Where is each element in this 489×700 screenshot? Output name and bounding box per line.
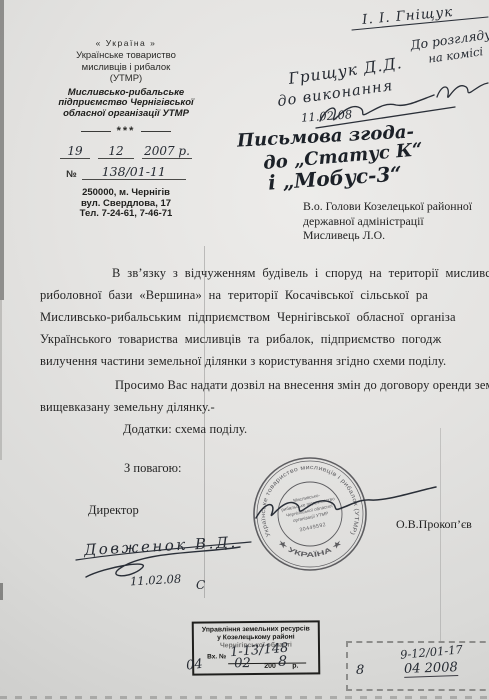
body-line: вилучення частини земельної ділянки з ко… [40,354,446,369]
separator-line [141,131,171,132]
corner-note-number-handwritten: 9-12/01-17 [400,642,464,661]
corner-note-date-handwritten: 04 2008 [404,660,458,678]
paper-crease [440,428,441,643]
scan-edge-artifact [0,696,489,699]
signoff-date-handwritten: 11.02.08 [130,572,182,589]
date-month-handwritten: 12 [98,144,134,159]
closing-phrase: З повагою: [124,461,182,476]
seal-code: 30449592 [299,522,327,534]
date-year-handwritten: 2007 р. [142,144,192,159]
body-line: Українського товариства мисливців та риб… [40,332,441,347]
incoming-year-handwritten: 8 [278,654,287,670]
corner-note-mark-handwritten: 8 [356,663,364,678]
letterhead-org-line: мисливців і рибалок [30,62,222,74]
attachments-line: Додатки: схема поділу. [123,422,247,437]
body-line: В зв’язку з відчуженням будівель і спору… [112,266,489,281]
addressee-line: В.о. Голови Козелецької районної [303,199,472,214]
scanned-letter-page: « Україна » Українське товариство мислив… [0,0,489,700]
letterhead-org-line: Українське товариство [30,50,222,62]
number-label: № [66,169,77,180]
seal-inner-text: Мисливсько- рибальське підприємство Черн… [279,490,340,537]
incoming-stamp-line: Управління земельних ресурсів [194,625,318,633]
separator-stars: *** [117,125,136,137]
incoming-reg-label: Вх. № [207,653,226,660]
body-line: Мисливсько-рибальським підприємством Чер… [40,310,456,325]
letterhead-enterprise-line: обласної організації УТМР [30,109,222,120]
seal-ring-bottom-text: ★ УКРАЇНА ★ [276,538,344,560]
body-line: Просимо Вас надати дозвіл на внесення зм… [115,378,489,393]
incoming-registration-stamp: Управління земельних ресурсів у Козелець… [192,620,321,675]
letterhead-number-line: № 138/01-11 [30,161,222,180]
date-day-handwritten: 19 [60,144,90,159]
round-seal: Українське товариство мисливців і рибало… [250,454,370,574]
letterhead-country: « Україна » [30,38,222,48]
right-signature-stroke [437,83,488,97]
letterhead-stamp: « Україна » Українське товариство мислив… [30,38,222,220]
scan-edge-artifact [0,0,4,300]
incoming-date-day-handwritten: 04 [185,657,203,674]
addressee-line: Мисливець Л.О. [303,228,472,243]
corner-registration-box: 9-12/01-17 8 04 2008 [346,641,489,691]
scan-edge-artifact [0,300,2,460]
executor-date-handwritten: 11.02.08 [301,107,353,125]
svg-text:★ УКРАЇНА ★: ★ УКРАЇНА ★ [276,538,344,560]
incoming-date-month-handwritten: 02 [234,656,251,671]
scan-edge-artifact [0,583,3,600]
countersign-name: О.В.Прокоп’єв [396,517,472,532]
letterhead-enterprise-line: підприємство Чернігівської [30,98,222,109]
separator-line [81,131,111,132]
director-title: Директор [88,503,139,518]
letterhead-separator: *** [30,125,222,137]
letterhead-address-line: Тел. 7-24-61, 7-46-71 [30,209,222,220]
resolution-signee-name: І. І. Гніщук [361,4,453,28]
addressee-line: державної адміністрації [303,214,472,229]
signoff-mark-handwritten: С [196,578,205,592]
letterhead-address-line: 250000, м. Чернігів [30,188,222,199]
number-value-handwritten: 138/01-11 [82,164,186,180]
body-line: риболовної бази «Вершина» на території К… [40,288,428,303]
letterhead-org-line: (УТМР) [30,73,222,85]
addressee-block: В.о. Голови Козелецької районної державн… [303,199,472,243]
incoming-year-suffix: р. [292,663,298,670]
incoming-year-printed: 200 [264,663,276,670]
letterhead-date-line: 19 12 2007 р. [30,141,222,159]
director-name-handwritten: Довженок В.Д. [84,533,239,559]
body-line: вищевказану земельну ділянку.- [40,400,215,415]
incoming-stamp-line: у Козелецькому районі [194,633,318,641]
